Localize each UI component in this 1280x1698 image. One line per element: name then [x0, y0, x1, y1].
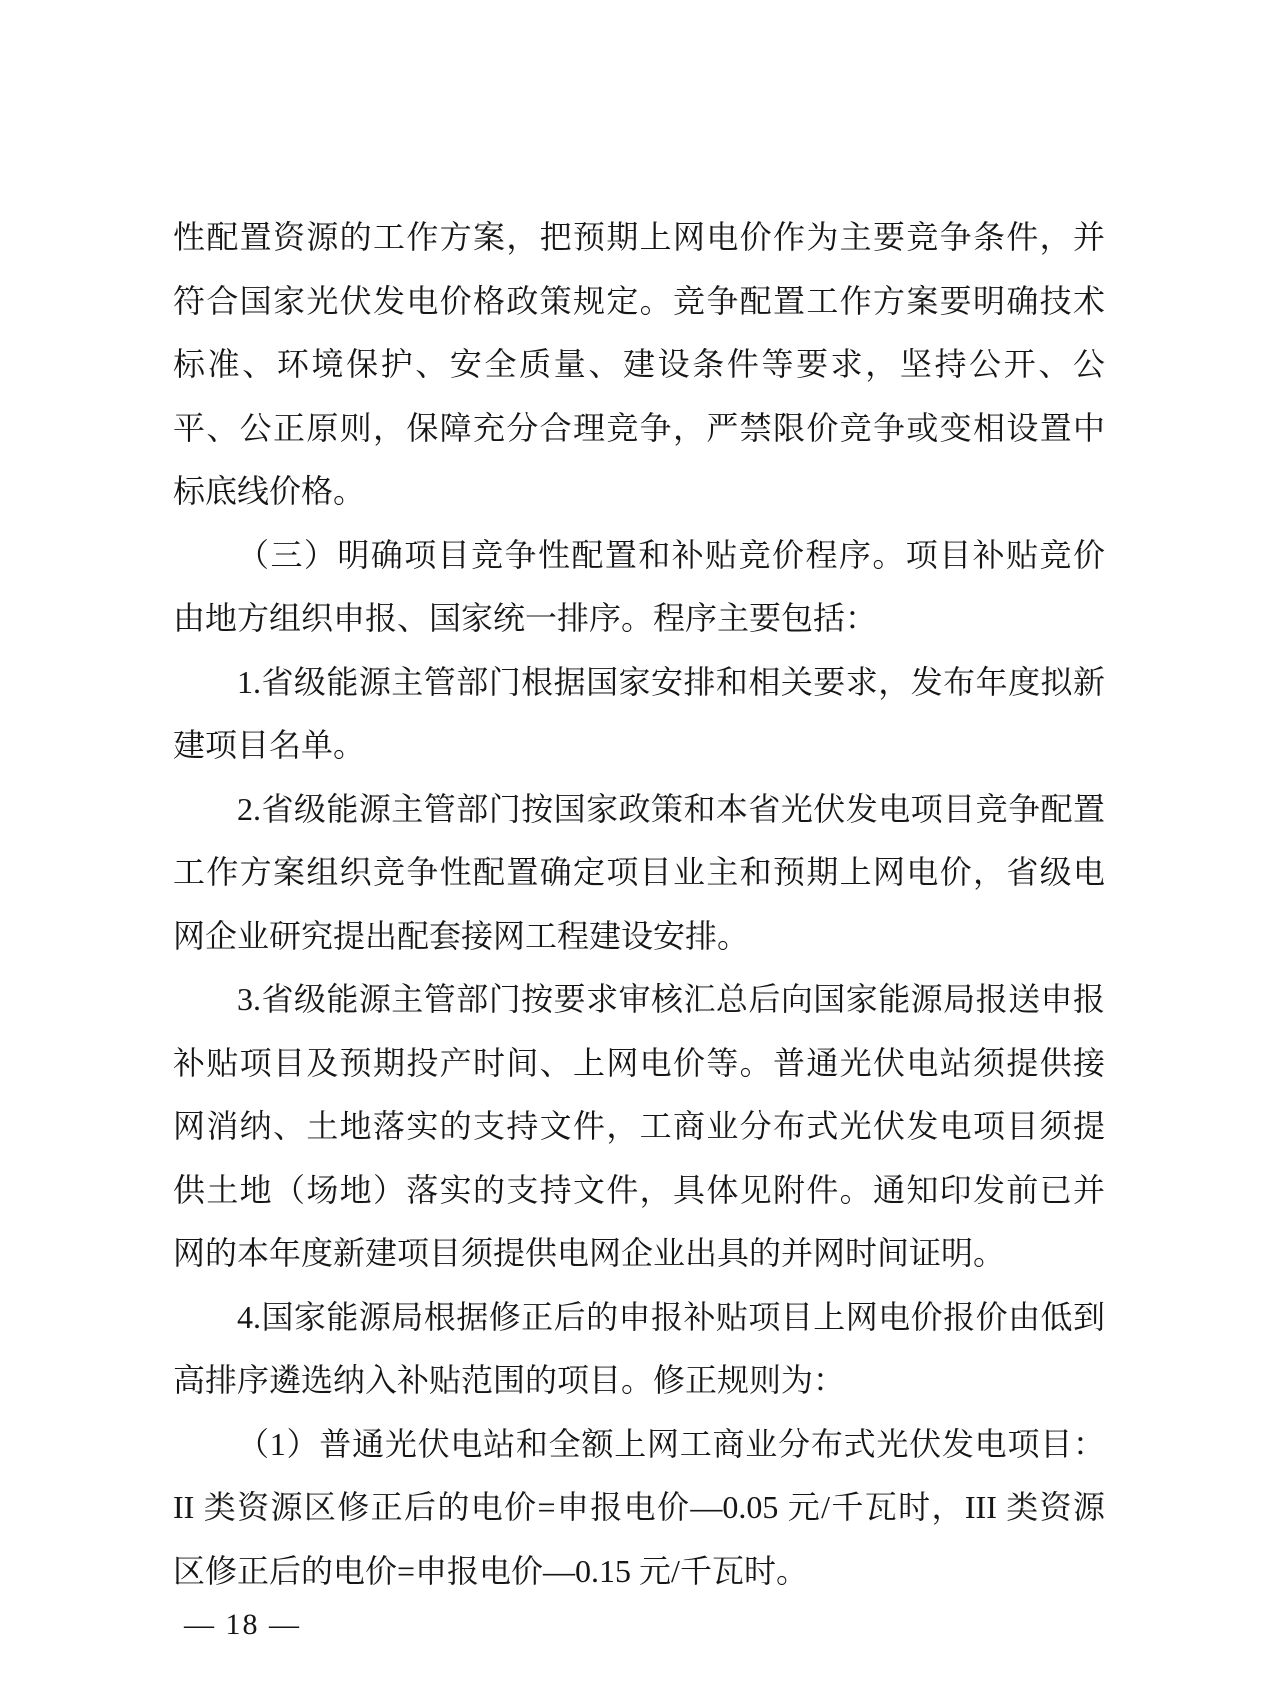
text-line: （1）普通光伏电站和全额上网工商业分布式光伏发电项目：	[173, 1413, 1105, 1477]
text-line: 4.国家能源局根据修正后的申报补贴项目上网电价报价由低到	[173, 1286, 1105, 1350]
text-line: 区修正后的电价=申报电价—0.15 元/千瓦时。	[173, 1540, 1105, 1604]
text-line: 平、公正原则，保障充分合理竞争，严禁限价竞争或变相设置中	[173, 397, 1105, 461]
text-line: 供土地（场地）落实的支持文件，具体见附件。通知印发前已并	[173, 1159, 1105, 1223]
text-line: 建项目名单。	[173, 714, 1105, 778]
text-line: 标底线价格。	[173, 460, 1105, 524]
text-line: 工作方案组织竞争性配置确定项目业主和预期上网电价，省级电	[173, 841, 1105, 905]
text-line: 性配置资源的工作方案，把预期上网电价作为主要竞争条件，并	[173, 206, 1105, 270]
document-page: 性配置资源的工作方案，把预期上网电价作为主要竞争条件，并 符合国家光伏发电价格政…	[0, 0, 1280, 1698]
text-line: 高排序遴选纳入补贴范围的项目。修正规则为：	[173, 1349, 1105, 1413]
text-line: 网消纳、土地落实的支持文件，工商业分布式光伏发电项目须提	[173, 1095, 1105, 1159]
page-number: — 18 —	[184, 1605, 301, 1645]
text-line: 标准、环境保护、安全质量、建设条件等要求，坚持公开、公	[173, 333, 1105, 397]
text-line: 1.省级能源主管部门根据国家安排和相关要求，发布年度拟新	[173, 651, 1105, 715]
text-line: 3.省级能源主管部门按要求审核汇总后向国家能源局报送申报	[173, 968, 1105, 1032]
body-text: 性配置资源的工作方案，把预期上网电价作为主要竞争条件，并 符合国家光伏发电价格政…	[173, 206, 1105, 1603]
text-line: （三）明确项目竞争性配置和补贴竞价程序。项目补贴竞价	[173, 524, 1105, 588]
text-line: 由地方组织申报、国家统一排序。程序主要包括：	[173, 587, 1105, 651]
text-line: 2.省级能源主管部门按国家政策和本省光伏发电项目竞争配置	[173, 778, 1105, 842]
text-line: 补贴项目及预期投产时间、上网电价等。普通光伏电站须提供接	[173, 1032, 1105, 1096]
text-line: 符合国家光伏发电价格政策规定。竞争配置工作方案要明确技术	[173, 270, 1105, 334]
text-line: 网的本年度新建项目须提供电网企业出具的并网时间证明。	[173, 1222, 1105, 1286]
text-line: 网企业研究提出配套接网工程建设安排。	[173, 905, 1105, 969]
text-line: II 类资源区修正后的电价=申报电价—0.05 元/千瓦时，III 类资源	[173, 1476, 1105, 1540]
